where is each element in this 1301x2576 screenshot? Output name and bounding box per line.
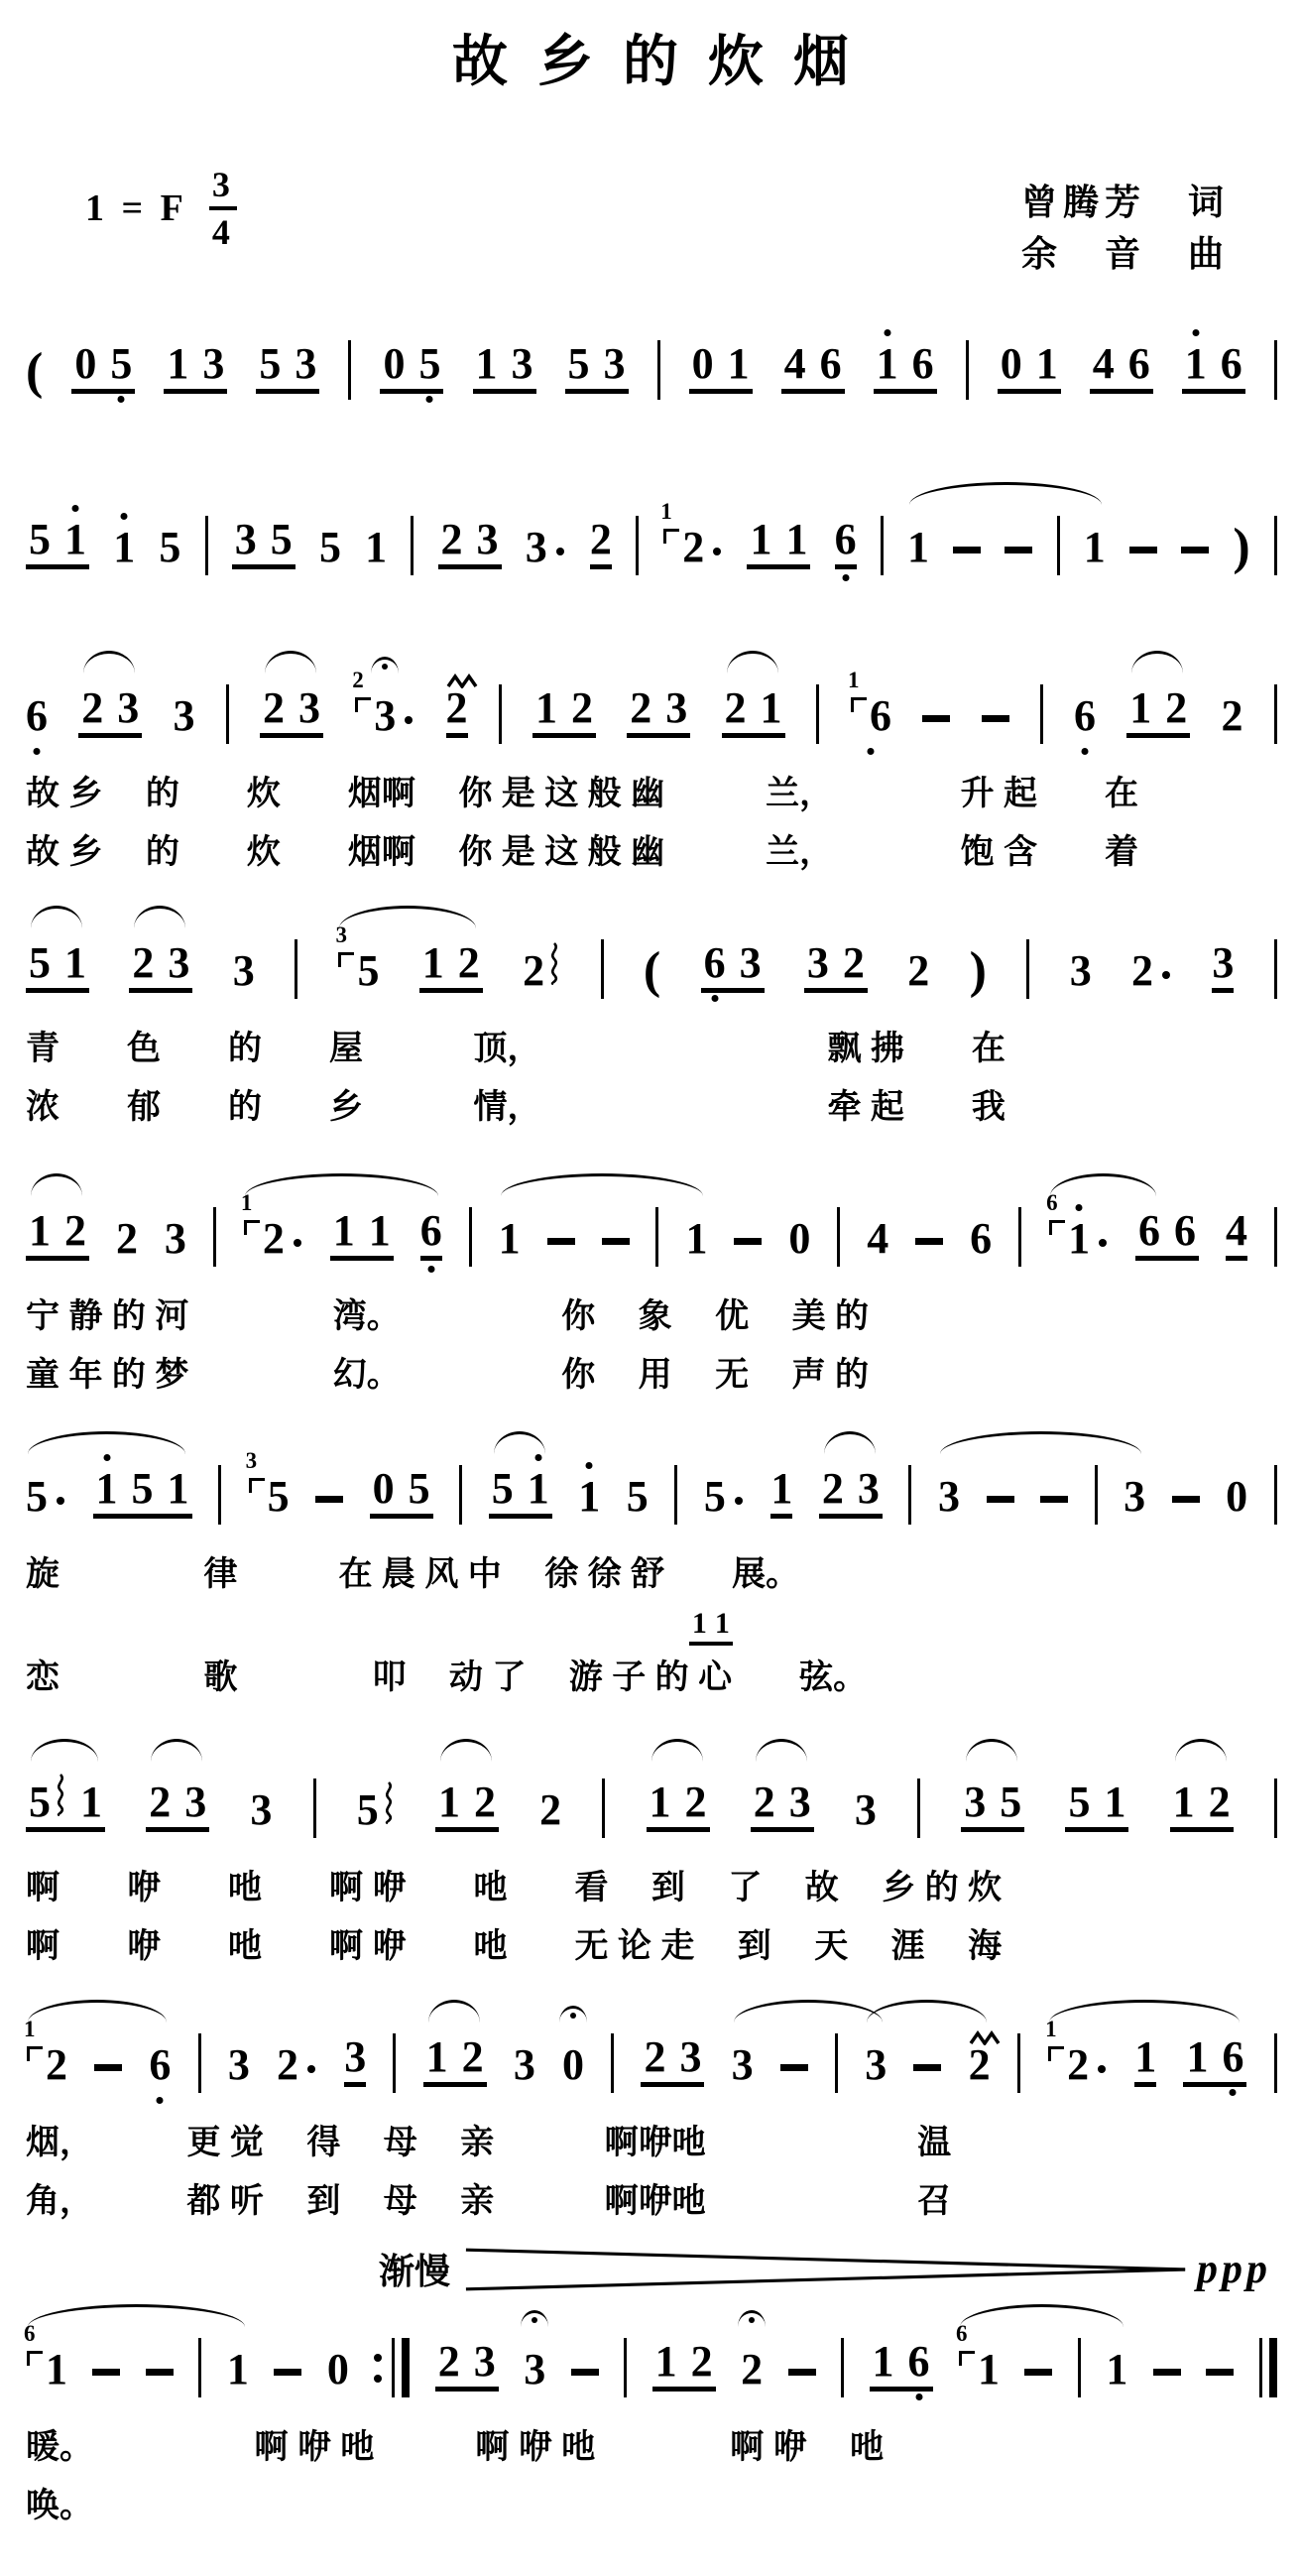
music-row: 12632312302333212116 [26, 1988, 1277, 2111]
barline [348, 340, 351, 400]
beam-group: 11 [689, 1609, 733, 1646]
beam-group: 23 [78, 686, 142, 738]
note: 1 [499, 1217, 521, 1261]
beam-group: 23 [819, 1467, 883, 1519]
repeat-dot [374, 2375, 382, 2383]
note-digit: 1 [46, 2348, 67, 2392]
duration-dash [922, 715, 950, 722]
grace-hook-icon [663, 529, 679, 544]
note: 2 [725, 686, 747, 730]
slur-arc [265, 651, 316, 674]
lyric-line-verse1: 暖。 啊 咿 吔 啊 咿 吔 啊 咿 吔 [26, 2427, 1277, 2468]
note: 2 [969, 2043, 991, 2087]
barline [499, 684, 502, 744]
note-digit: 2 [741, 2348, 763, 2392]
music-row: (051353051353014616014616 [26, 295, 1277, 418]
beam-group: 151 [93, 1467, 192, 1519]
barline [313, 1779, 316, 1838]
note: 1 [1036, 342, 1058, 386]
lyric-line-verse1: 青 色 的 屋 顶， 飘 拂 在 [26, 1029, 1277, 1069]
note-digit: 2 [907, 949, 929, 993]
note-digit: 2 [682, 526, 704, 569]
barline [636, 516, 639, 575]
note: 5 [29, 1773, 66, 1824]
note: 3 [938, 1475, 960, 1519]
note: 2 [822, 1467, 844, 1511]
music-row: 1223121161104661664 [26, 1162, 1277, 1285]
barline [1040, 684, 1043, 744]
note-digit: 3 [604, 342, 626, 386]
barline [459, 1465, 462, 1525]
note: 2 [277, 2043, 317, 2087]
rest-note: 0 [383, 342, 405, 386]
note-digit: 3 [117, 686, 139, 730]
note: 3 [865, 2043, 887, 2087]
note-digit: 1 [438, 1780, 460, 1824]
barline [1057, 516, 1060, 575]
note-digit: 5 [418, 342, 440, 386]
note-digit: 3 [344, 2035, 366, 2079]
note: 1 [426, 2035, 448, 2079]
note-digit: 5 [29, 1780, 51, 1824]
note: 23 [354, 694, 414, 738]
lyric-line-verse1: 故 乡 的 炊 烟啊 你 是 这 般 幽 兰， 升 起 在 [26, 774, 1277, 814]
note-digit: 2 [523, 949, 544, 993]
grace-hook-icon [244, 1220, 260, 1235]
note: 3 [184, 1780, 206, 1824]
barline [657, 340, 660, 400]
thin-bar [392, 2338, 395, 2397]
note-digit: 0 [692, 342, 714, 386]
note-digit: 1 [1084, 526, 1106, 569]
slur-arc [824, 1431, 876, 1454]
note-digit: 6 [1221, 342, 1242, 386]
slur-arc [339, 906, 475, 928]
note: 2 [523, 941, 560, 993]
grace-note: 2 [354, 694, 371, 738]
barline [213, 1207, 216, 1267]
grace-note: 3 [248, 1475, 265, 1519]
note-digit: 2 [64, 1209, 86, 1253]
note-digit: 1 [535, 686, 557, 730]
note-digit: 3 [474, 2340, 496, 2384]
note: 2 [754, 1780, 775, 1824]
note-digit: 1 [422, 941, 444, 985]
note-digit: 1 [227, 2348, 249, 2392]
slur-arc [31, 1173, 82, 1196]
barline [966, 340, 969, 400]
note: 2 [116, 1217, 138, 1261]
lyricist-credit: 曾腾芳 词 [1021, 177, 1230, 228]
note: 3 [789, 1780, 811, 1824]
lyric-line-verse2: 角， 都 听 到 母 亲 啊咿吔 召 [26, 2181, 1277, 2222]
note-digit: 1 [1036, 342, 1058, 386]
note: 5 [319, 526, 341, 569]
grace-note: 1 [26, 2043, 43, 2087]
note: 12 [1047, 2043, 1108, 2087]
slur-arc [245, 1173, 438, 1196]
note: 1 [64, 518, 86, 561]
note-digit: 6 [970, 1217, 992, 1261]
note: 1 [1186, 2035, 1208, 2079]
note-digit: 2 [458, 941, 480, 985]
duration-dash [987, 1496, 1014, 1503]
song-title: 故乡的炊烟 [0, 18, 1301, 97]
note: 4 [1226, 1209, 1247, 1261]
rest-note: 0 [327, 2348, 349, 2392]
note-digit: 3 [732, 2043, 754, 2087]
beam-group: 23 [627, 686, 690, 738]
note: 6 [149, 2043, 171, 2087]
duration-dash [94, 2064, 122, 2071]
ossia-notes: 11 [26, 1609, 1277, 1646]
note: 1 [167, 342, 188, 386]
note: 3 [807, 941, 829, 985]
grace-note: 1 [1047, 2043, 1064, 2087]
note-digit: 1 [1186, 2035, 1208, 2079]
note-digit: 1 [369, 1209, 391, 1253]
note-digit: 0 [383, 342, 405, 386]
beam-group: 12 [647, 1780, 710, 1832]
note: 3 [117, 686, 139, 730]
note: 2 [1222, 694, 1243, 738]
lyric-line-verse1: 啊 咿 吔 啊 咿 吔 看 到 了 故 乡 的 炊 [26, 1868, 1277, 1908]
beam-group: 13 [164, 342, 227, 394]
barline [624, 2338, 627, 2397]
note-digit: 3 [807, 941, 829, 985]
note: 6 [704, 941, 726, 985]
note-digit: 2 [1209, 1780, 1231, 1824]
note-digit: 3 [168, 941, 189, 985]
note-digit: 2 [539, 1788, 561, 1832]
slur-arc [28, 2000, 167, 2023]
note-digit: 0 [373, 1467, 395, 1511]
duration-dash [913, 2064, 941, 2071]
beam-group: 16 [1183, 2035, 1246, 2087]
barline [1274, 2033, 1277, 2093]
note-digit: 0 [74, 342, 96, 386]
grace-hook-icon [1049, 1220, 1065, 1235]
note-digit: 2 [263, 686, 285, 730]
note-digit: 3 [514, 2043, 535, 2087]
rest-note: 0 [692, 342, 714, 386]
beam-group: 23 [641, 2035, 704, 2087]
slur-arc [966, 1739, 1017, 1762]
lyric-line-verse2: 童 年 的 梦 幻。 你 用 无 声 的 [26, 1355, 1277, 1396]
note: 2 [741, 2348, 763, 2392]
duration-dash [1206, 2369, 1234, 2376]
note-digit: 2 [46, 2043, 67, 2087]
duration-dash [1024, 2369, 1052, 2376]
note-digit: 1 [499, 1217, 521, 1261]
note-digit: 0 [1226, 1475, 1247, 1519]
note-digit: 5 [132, 1467, 154, 1511]
note: 61 [1048, 1217, 1109, 1261]
beam-group: 01 [689, 342, 753, 394]
lyric-line-verse2: 恋 歌 叩 动 了 游 子 的 心 弦。 [26, 1657, 1277, 1698]
note-digit: 2 [149, 1780, 171, 1824]
grace-hook-icon [249, 1478, 265, 1493]
note: 1 [80, 1780, 102, 1824]
note: 5 [1000, 1780, 1021, 1824]
barline [198, 2338, 201, 2397]
note-digit: 3 [1212, 941, 1234, 985]
duration-dash [734, 1238, 762, 1245]
beam-group: 12 [435, 1780, 499, 1832]
note-digit: 5 [1000, 1780, 1021, 1824]
note: 5 [357, 1780, 395, 1832]
note: 3 [512, 342, 533, 386]
grace-hook-icon [27, 2046, 43, 2061]
barline [1095, 1465, 1098, 1525]
note-digit: 3 [526, 526, 547, 569]
note-digit: 1 [907, 526, 929, 569]
note-digit: 2 [822, 1467, 844, 1511]
music-row: 623323232122321166122 [26, 639, 1277, 762]
note-digit: 2 [438, 2340, 460, 2384]
note: 2 [149, 1780, 171, 1824]
slur-arc [31, 1739, 98, 1762]
note: 1 [770, 1467, 792, 1519]
note-digit: 5 [259, 342, 281, 386]
beam-group: 51 [1065, 1780, 1128, 1832]
note-digit: 3 [298, 686, 320, 730]
grace-note: 3 [337, 949, 354, 993]
note: 3 [665, 686, 687, 730]
slur-arc [440, 1739, 492, 1762]
note-digit: 1 [1173, 1780, 1195, 1824]
grace-hook-icon [338, 952, 354, 967]
note: 2 [462, 2035, 484, 2079]
note-digit: 3 [855, 1788, 877, 1832]
note-digit: 3 [295, 342, 316, 386]
key-signature: 1 = F 3 4 [85, 159, 237, 258]
note: 1 [476, 342, 498, 386]
close-paren: ) [970, 945, 987, 997]
note: 2 [571, 686, 593, 730]
note-digit: 2 [263, 1217, 285, 1261]
barline [674, 1465, 677, 1525]
beam-group: 05 [370, 1467, 433, 1519]
note: 61 [958, 2348, 1000, 2392]
note-digit: 1 [650, 1780, 671, 1824]
note: 2 [630, 686, 651, 730]
barline [1274, 1779, 1277, 1838]
note-digit: 3 [250, 1788, 272, 1832]
music-row: 5115355123321211611) [26, 470, 1277, 593]
note-digit: 4 [1093, 342, 1115, 386]
beam-group: 23 [435, 2340, 499, 2392]
note-digit: 1 [1068, 1217, 1090, 1261]
note-digit: 5 [110, 342, 132, 386]
beam-group: 11 [330, 1209, 394, 1261]
note: 2 [1165, 686, 1187, 730]
beam-group: 35 [961, 1780, 1024, 1832]
repeat-dot [374, 2354, 382, 2362]
note: 2 [590, 518, 612, 569]
barline [1274, 939, 1277, 999]
note: 2 [907, 949, 929, 993]
note-digit: 6 [704, 941, 726, 985]
note-digit: 1 [578, 1475, 600, 1519]
note: 2 [263, 686, 285, 730]
duration-dash [1172, 1496, 1200, 1503]
slur-arc [727, 651, 778, 674]
barline [917, 1779, 920, 1838]
note: 12 [26, 2043, 67, 2087]
note: 5 [418, 342, 440, 386]
duration-dash [915, 1238, 943, 1245]
beam-group: 12 [532, 686, 596, 738]
note: 2 [441, 518, 463, 561]
fermata-icon [738, 2310, 766, 2327]
note: 1 [333, 1209, 355, 1253]
slur-arc [83, 651, 135, 674]
note: 1 [438, 1780, 460, 1824]
beam-group: 32 [804, 941, 868, 993]
grace-digit: 1 [848, 669, 860, 691]
note-digit: 2 [1131, 949, 1153, 993]
note: 3 [168, 941, 189, 985]
note-digit: 1 [750, 518, 771, 561]
beam-group: 05 [380, 342, 443, 394]
beam-group: 01 [998, 342, 1061, 394]
note: 3 [526, 526, 566, 569]
thin-bar [1259, 2338, 1262, 2397]
note: 1 [1104, 1780, 1125, 1824]
note: 1 [1106, 2348, 1127, 2392]
slur-arc [734, 2000, 884, 2023]
barline [1274, 516, 1277, 575]
note-digit: 1 [365, 526, 387, 569]
note-digit: 2 [691, 2340, 713, 2384]
note-digit: 3 [858, 1467, 880, 1511]
note: 3 [679, 2035, 701, 2079]
lyric-line-verse1: 烟， 更 觉 得 母 亲 啊咿吔 温 [26, 2123, 1277, 2163]
note-digit: 3 [477, 518, 499, 561]
beam-group: 16 [870, 2340, 933, 2392]
slur-arc [28, 2304, 245, 2327]
slur-arc [1050, 1173, 1156, 1196]
note-digit: 2 [843, 941, 865, 985]
duration-dash [146, 2369, 174, 2376]
note-digit: 3 [964, 1780, 986, 1824]
beam-group: 16 [1182, 342, 1245, 394]
barline [655, 1207, 658, 1267]
note-digit: 1 [64, 518, 86, 561]
open-paren: ( [26, 346, 43, 398]
note: 3 [740, 941, 762, 985]
beam-group: 23 [146, 1780, 209, 1832]
lyric-line-verse2: 唤。 [26, 2486, 1277, 2526]
note: 16 [850, 694, 891, 738]
note: 1 [578, 1475, 600, 1519]
note: 3 [165, 1217, 186, 1261]
note: 1 [1084, 526, 1106, 569]
note: 2 [1209, 1780, 1231, 1824]
note: 2 [474, 1780, 496, 1824]
note: 1 [369, 1209, 391, 1253]
time-signature: 3 4 [209, 167, 237, 250]
note: 3 [524, 2348, 545, 2392]
note: 1 [113, 526, 135, 569]
note-digit: 3 [174, 694, 195, 738]
note-digit: 1 [770, 1467, 792, 1511]
barline [1078, 2338, 1081, 2397]
grace-hook-icon [959, 2351, 975, 2366]
fermata-icon [371, 657, 399, 674]
note-digit: 1 [29, 1209, 51, 1253]
beam-group: 46 [781, 342, 845, 394]
note: 5 [568, 342, 590, 386]
note: 2 [644, 2035, 665, 2079]
barline [198, 2033, 201, 2093]
beam-group: 53 [256, 342, 319, 394]
slur-arc [960, 2304, 1124, 2327]
note: 3 [514, 2043, 535, 2087]
note-digit: 1 [113, 526, 135, 569]
note: 3 [858, 1467, 880, 1511]
note-digit: 5 [357, 949, 379, 993]
note-digit: 1 [873, 2340, 894, 2384]
grace-hook-icon [27, 2351, 43, 2366]
credits: 曾腾芳 词 余 音 曲 [1021, 177, 1230, 280]
slur-arc [756, 1739, 807, 1762]
rest-note: 0 [562, 2043, 584, 2087]
duration-dash [982, 715, 1009, 722]
note-digit: 2 [474, 1780, 496, 1824]
note: 3 [250, 1788, 272, 1832]
note-digit: 6 [820, 342, 842, 386]
note-digit: 1 [715, 1609, 730, 1639]
note: 2 [132, 941, 154, 985]
slur-arc [151, 1739, 202, 1762]
rest-note: 0 [74, 342, 96, 386]
note-digit: 3 [679, 2035, 701, 2079]
note: 5 [29, 518, 51, 561]
note-digit: 6 [908, 2340, 930, 2384]
mordent-icon [446, 653, 478, 696]
note: 1 [227, 2348, 249, 2392]
note-digit: 3 [865, 2043, 887, 2087]
note: 2 [81, 686, 103, 730]
note: 1 [650, 1780, 671, 1824]
note-digit: 6 [1128, 342, 1150, 386]
duration-dot [1098, 2065, 1106, 2073]
beam-group: 12 [26, 1209, 89, 1261]
lyric-line-verse2: 浓 郁 的 乡 情， 牵 起 我 [26, 1087, 1277, 1128]
note: 4 [1093, 342, 1115, 386]
note: 6 [1138, 1209, 1160, 1253]
duration-dash [571, 2369, 599, 2376]
duration-dot [713, 548, 721, 555]
grace-digit: 3 [246, 1449, 258, 1472]
barline [393, 2033, 396, 2093]
note: 6 [1128, 342, 1150, 386]
note-digit: 5 [492, 1467, 514, 1511]
note: 6 [835, 518, 857, 569]
duration-dash [547, 1238, 575, 1245]
note-digit: 3 [524, 2348, 545, 2392]
note-digit: 1 [978, 2348, 1000, 2392]
portamento-icon [54, 1773, 66, 1824]
duration-dot [1099, 1239, 1107, 1247]
note-digit: 2 [441, 518, 463, 561]
beam-group: 51 [26, 1773, 105, 1832]
barline [1274, 340, 1277, 400]
note: 1 [877, 342, 898, 386]
note: 5 [409, 1467, 430, 1511]
